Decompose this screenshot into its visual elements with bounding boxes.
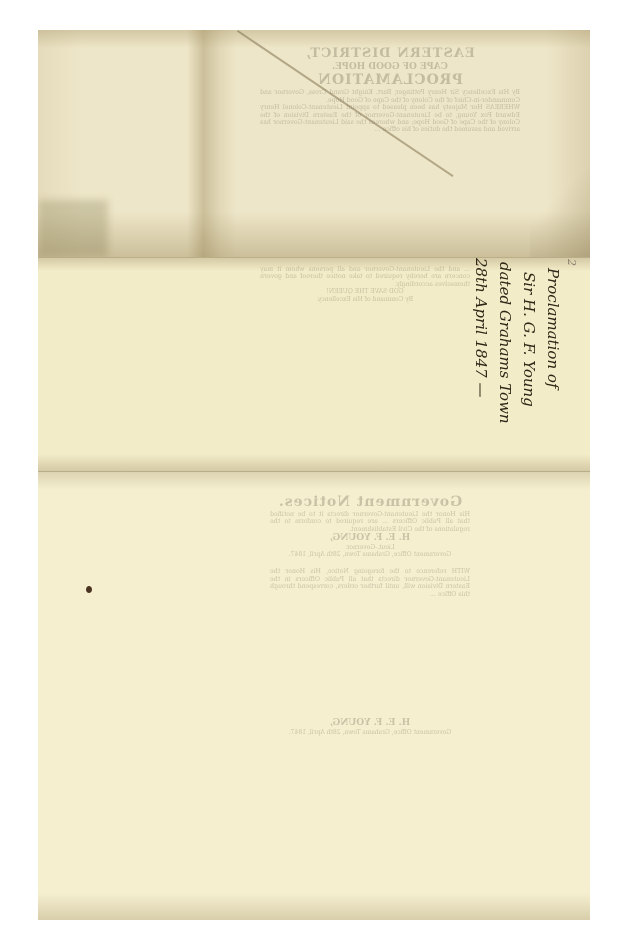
document-sheet: EASTERN DISTRICT, CAPE OF GOOD HOPE. PRO… — [38, 30, 590, 920]
signature-2: H. E. F. YOUNG, — [270, 718, 470, 729]
heading-eastern-district: EASTERN DISTRICT, — [260, 46, 520, 62]
docket-line-3: dated Grahams Town — [496, 262, 514, 424]
footer-line: By Command of His Excellency. — [260, 296, 470, 303]
place-date-1: Government Office, Grahams Town, 28th Ap… — [270, 551, 470, 558]
top-fold-panel: EASTERN DISTRICT, CAPE OF GOOD HOPE. PRO… — [38, 30, 590, 257]
proclamation-byline: By His Excellency Sir Henry Pottinger, B… — [260, 89, 520, 104]
docket-line-1: Proclamation of — [544, 268, 562, 388]
ink-spot — [86, 586, 92, 593]
page-number: 2 — [565, 259, 578, 266]
heading-government-notices: Government Notices. — [270, 494, 470, 511]
signature-title: Lieut.-Governor. — [270, 544, 470, 551]
closing-line: GOD SAVE THE QUEEN! — [260, 288, 470, 295]
place-date-2: Government Office, Grahams Town, 28th Ap… — [270, 729, 470, 736]
proclamation-body: WHEREAS Her Majesty has been pleased to … — [260, 104, 520, 134]
printed-header-showthrough: EASTERN DISTRICT, CAPE OF GOOD HOPE. PRO… — [260, 46, 520, 134]
docket-line-4: 28th April 1847 — — [472, 258, 490, 397]
docket-line-2: Sir H. G. F. Young — [520, 272, 538, 407]
printed-bottom-showthrough: Government Notices. His Honor the Lieute… — [270, 494, 470, 736]
water-stain — [38, 200, 108, 257]
heading-proclamation: PROCLAMATION — [260, 72, 520, 89]
signature-1: H. E. F. YOUNG, — [270, 533, 470, 544]
corner-fold-shadow — [530, 160, 590, 257]
printed-middle-showthrough: ... and the Lieutenant-Governor and all … — [260, 266, 470, 303]
notice-1: His Honor the Lieutenant-Governor direct… — [270, 511, 470, 533]
proclamation-body-cont: ... and the Lieutenant-Governor and all … — [260, 266, 470, 288]
notice-2: WITH reference to the foregoing Notice, … — [270, 568, 470, 598]
bottom-fold-panel: Government Notices. His Honor the Lieute… — [38, 472, 590, 920]
heading-cape: CAPE OF GOOD HOPE. — [260, 62, 520, 73]
